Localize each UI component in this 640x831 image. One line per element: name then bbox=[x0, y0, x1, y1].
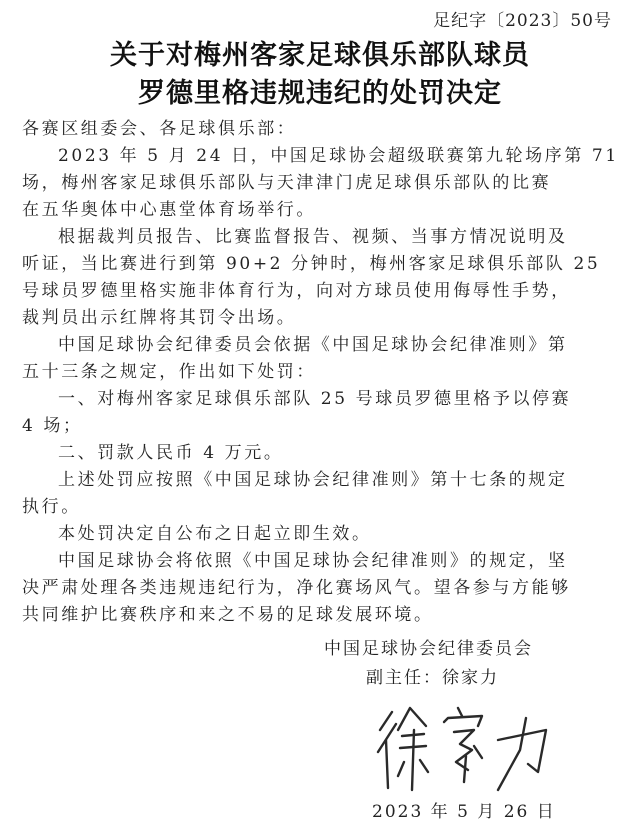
body-line: 五十三条之规定，作出如下处罚： bbox=[22, 359, 622, 386]
body-line: 根据裁判员报告、比赛监督报告、视频、当事方情况说明及 bbox=[58, 224, 622, 251]
signoff-signer: 副主任：徐家力 bbox=[366, 663, 499, 688]
penalty-item-1: 一、对梅州客家足球俱乐部队 25 号球员罗德里格予以停赛 bbox=[58, 386, 622, 413]
body-line: 听证，当比赛进行到第 90+2 分钟时，梅州客家足球俱乐部队 25 bbox=[22, 251, 622, 278]
signoff-organization: 中国足球协会纪律委员会 bbox=[324, 634, 533, 659]
body-line: 中国足球协会将依照《中国足球协会纪律准则》的规定，坚 bbox=[58, 548, 622, 575]
body-line: 执行。 bbox=[22, 494, 622, 521]
body-line: 4 场； bbox=[22, 413, 622, 440]
penalty-item-2: 二、罚款人民币 4 万元。 bbox=[58, 440, 622, 467]
body-line: 2023 年 5 月 24 日，中国足球协会超级联赛第九轮场序第 71 bbox=[58, 143, 622, 170]
body-line: 上述处罚应按照《中国足球协会纪律准则》第十七条的规定 bbox=[58, 467, 622, 494]
title-line-2: 罗德里格违规违纪的处罚决定 bbox=[0, 76, 640, 112]
body-line: 场，梅州客家足球俱乐部队与天津津门虎足球俱乐部队的比赛 bbox=[22, 170, 622, 197]
body-line: 裁判员出示红牌将其罚令出场。 bbox=[22, 305, 622, 332]
body-line: 号球员罗德里格实施非体育行为，向对方球员使用侮辱性手势， bbox=[22, 278, 622, 305]
title-line-1: 关于对梅州客家足球俱乐部队球员 bbox=[0, 38, 640, 74]
salutation: 各赛区组委会、各足球俱乐部： bbox=[22, 116, 622, 143]
body-line: 本处罚决定自公布之日起立即生效。 bbox=[58, 521, 622, 548]
body-line: 决严肃处理各类违规违纪行为，净化赛场风气。望各参与方能够 bbox=[22, 575, 622, 602]
body-line: 中国足球协会纪律委员会依据《中国足球协会纪律准则》第 bbox=[58, 332, 622, 359]
body-line: 共同维护比赛秩序和来之不易的足球发展环境。 bbox=[22, 602, 622, 629]
handwritten-signature bbox=[370, 700, 560, 795]
doc-number: 足纪字〔2023〕50号 bbox=[433, 6, 612, 31]
body-line: 在五华奥体中心惠堂体育场举行。 bbox=[22, 197, 622, 224]
signoff-date: 2023 年 5 月 26 日 bbox=[372, 797, 556, 822]
